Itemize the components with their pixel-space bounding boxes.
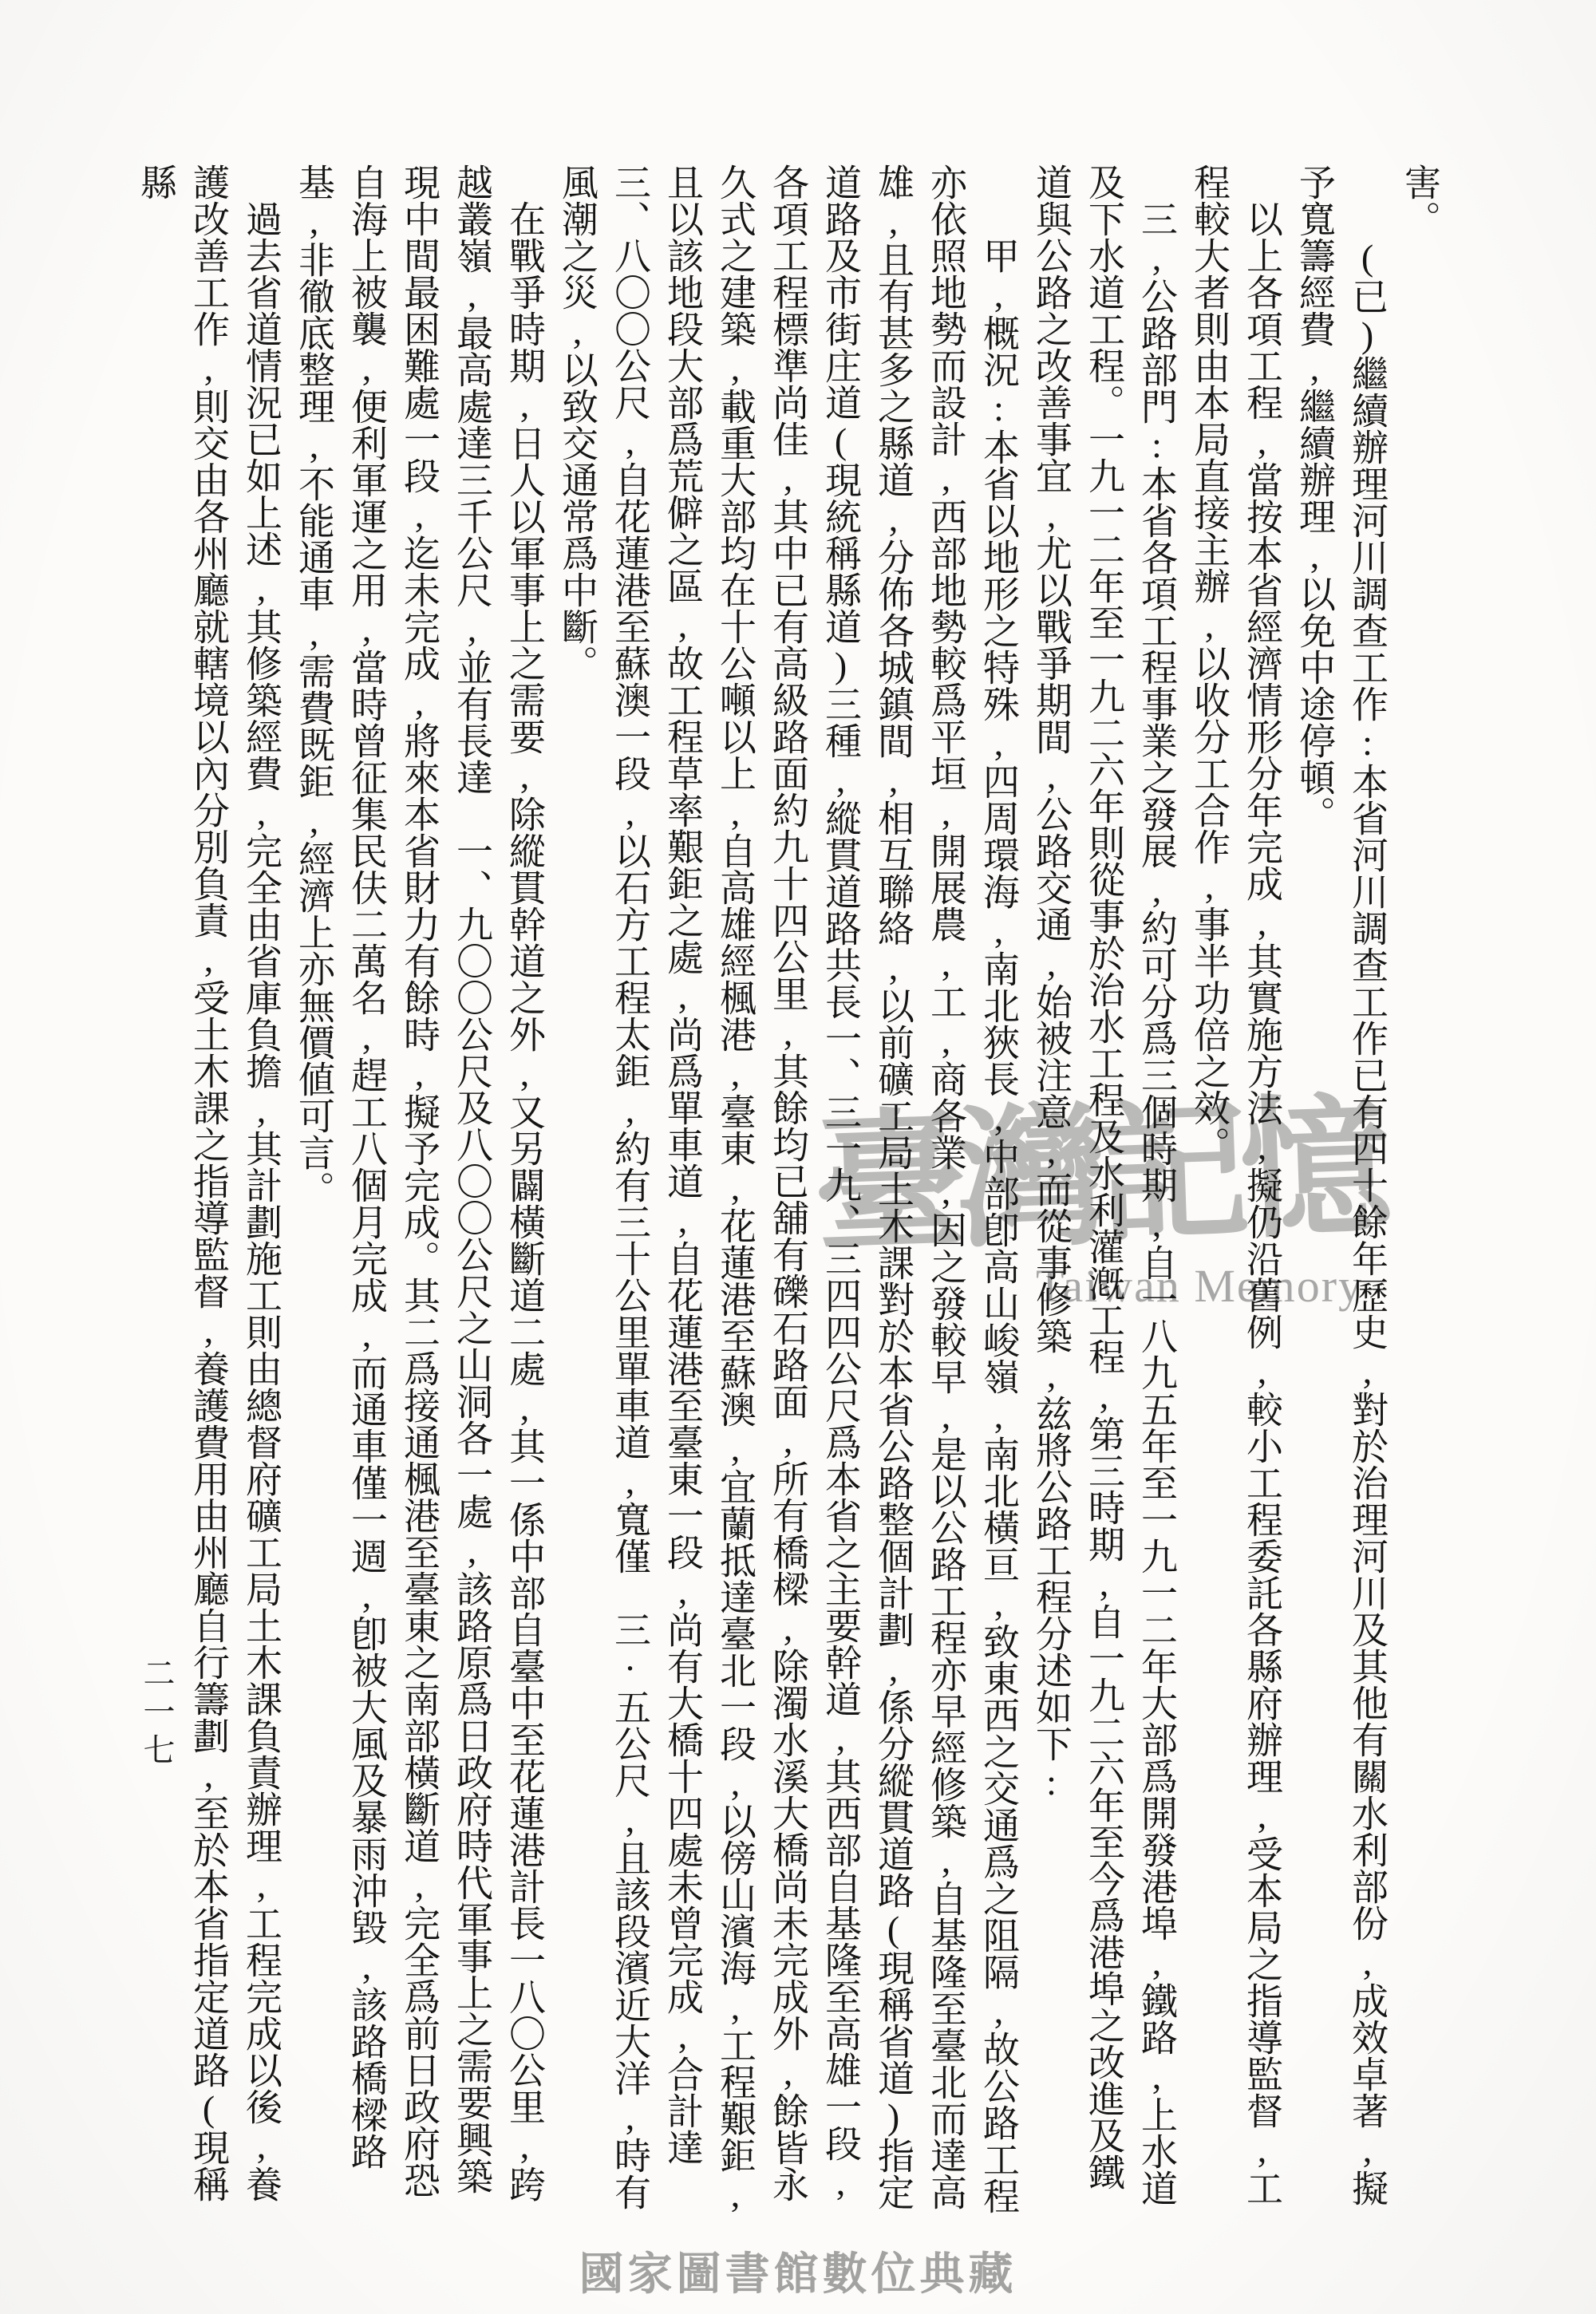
paragraph: (已)繼續辦理河川調查工作:本省河川調查工作已有四十餘年歷史,對於治理河川及其他… [1288, 164, 1393, 2222]
paragraph: 以上各項工程,當按本省經濟情形分年完成,其實施方法,擬仍沿舊例,較小工程委託各縣… [1183, 164, 1288, 2222]
scanned-page: 臺灣記憶 Taiwan Memory 害。 (已)繼續辦理河川調查工作:本省河川… [0, 0, 1596, 2314]
vertical-text-body: 害。 (已)繼續辦理河川調查工作:本省河川調查工作已有四十餘年歷史,對於治理河川… [129, 164, 1446, 2222]
library-footer: 國家圖書館數位典藏 [0, 2239, 1596, 2303]
paragraph: 害。 [1393, 164, 1446, 2222]
page-number: 二一七 [134, 1657, 180, 1771]
paragraph: 在戰爭時期,日人以軍事上之需要,除縱貫幹道之外,又另闢橫斷道二處,其一係中部自臺… [287, 164, 551, 2222]
paragraph: 過去省道情況已如上述,其修築經費,完全由省庫負擔,其計劃施工則由總督府礦工局土木… [129, 164, 287, 2222]
paragraph: 甲,概況:本省以地形之特殊,四周環海,南北狹長,中部卽高山峻嶺,南北橫亘,致東西… [551, 164, 1025, 2222]
paragraph: 三,公路部門:本省各項工程事業之發展,約可分爲三個時期,自一八九五年至一九一二年… [1025, 164, 1183, 2222]
